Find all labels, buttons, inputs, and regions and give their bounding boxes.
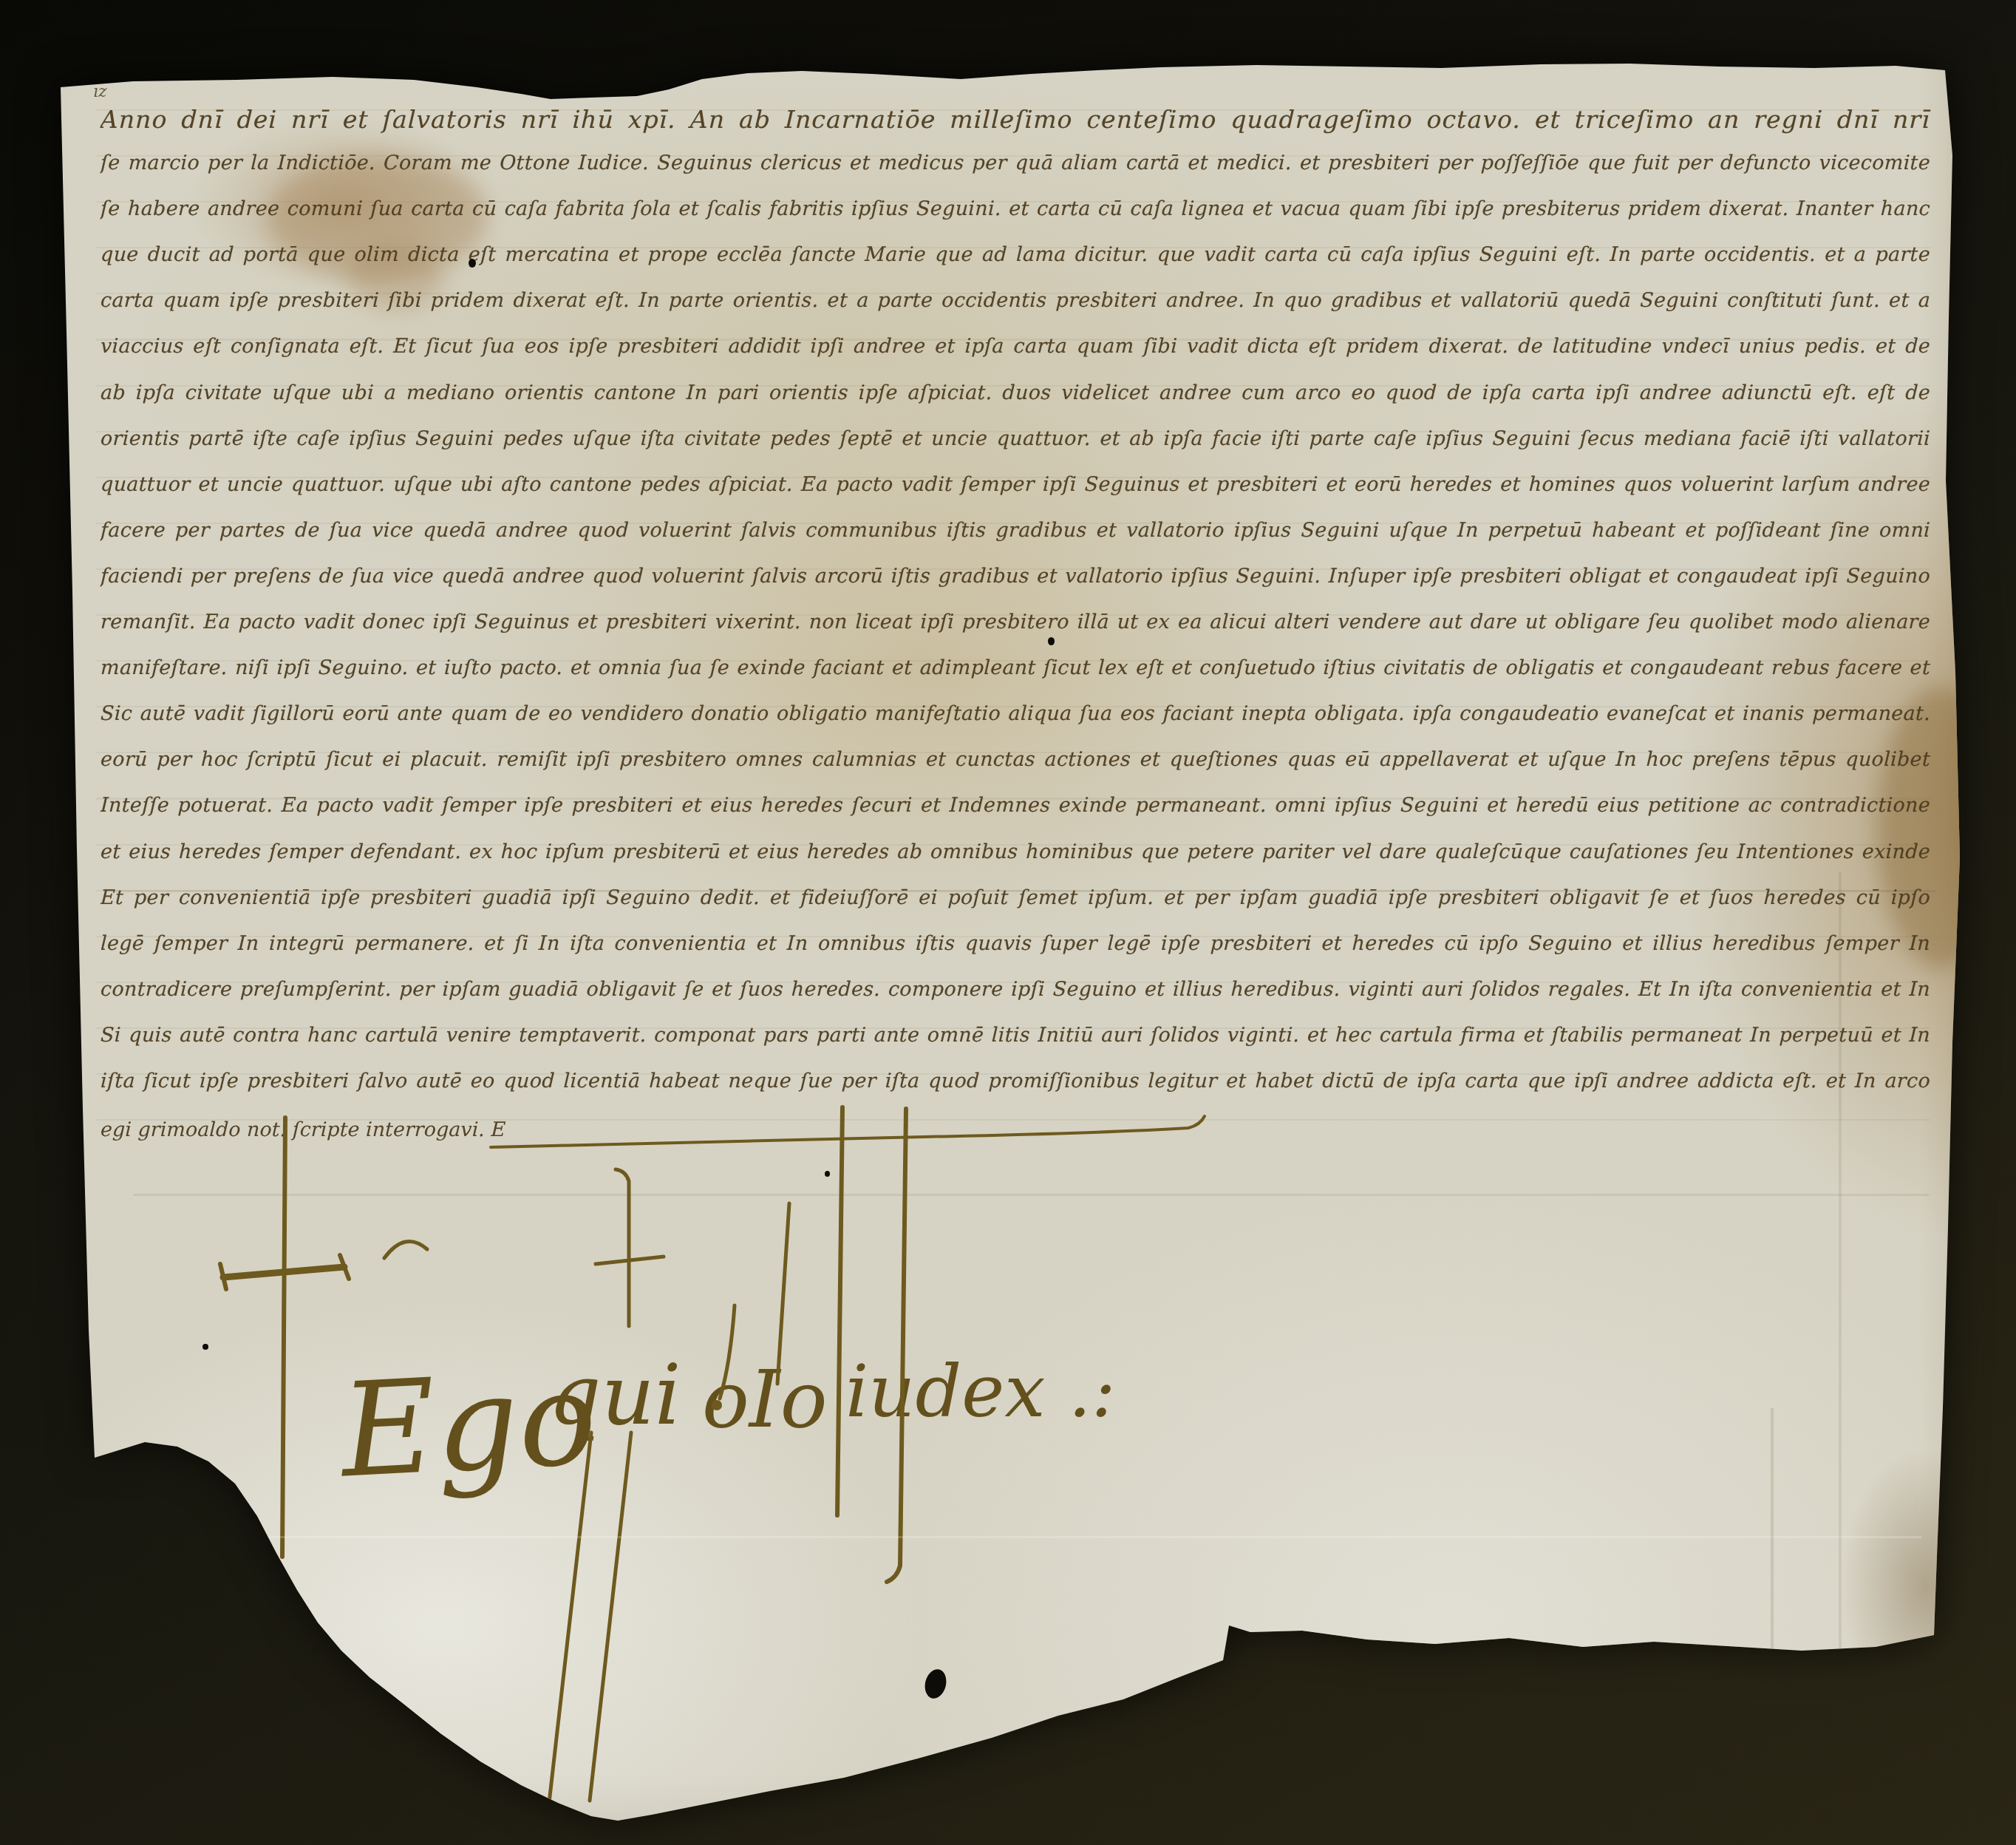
parchment-hole xyxy=(469,259,476,268)
ink-dot xyxy=(712,1400,722,1410)
charter-line: remanſit. Ea pacto vadit donec ipſi Segu… xyxy=(100,601,1931,647)
qui-descender xyxy=(548,1433,591,1810)
signature-qui: qui xyxy=(548,1348,681,1444)
charter-line: orientis partē iſte caſe ipſius Seguini … xyxy=(100,418,1931,463)
oio-upstroke xyxy=(777,1203,789,1384)
qui-descender xyxy=(590,1433,631,1801)
crease-line xyxy=(89,1536,1921,1538)
charter-line: Sic autē vadit ſigillorū eorū ante quam … xyxy=(100,693,1931,738)
charter-line: ſe habere andree comuni ſua carta cū caſ… xyxy=(100,188,1931,234)
charter-line: carta quam ipſe presbiteri ſibi pridem d… xyxy=(100,279,1931,325)
hooked-stroke xyxy=(720,1305,735,1399)
charter-line: viaccius eſt conſignata eſt. Et ſicut ſu… xyxy=(100,325,1931,371)
charter-line: quattuor et uncie quattuor. uſque ubi aſ… xyxy=(100,463,1931,509)
charter-line: et eius heredes ſemper defendant. ex hoc… xyxy=(100,831,1931,877)
charter-line: manifeſtare. niſi ipſi Seguino. et iuſto… xyxy=(100,647,1931,693)
charter-line: iſta ſicut ipſe presbiteri ſalvo autē eo… xyxy=(100,1060,1931,1106)
charter-line: ab ipſa civitate uſque ubi a mediano ori… xyxy=(100,372,1931,418)
parchment-hole xyxy=(202,1344,208,1350)
charter-line: facere per partes de ſua vice quedā andr… xyxy=(100,509,1931,555)
charter-line: Anno dnī dei nrī et ſalvatoris nrī ihū x… xyxy=(100,96,1931,142)
charter-line: contradicere preſumpſerint. per ipſam gu… xyxy=(100,968,1931,1014)
charter-line: Inteſſe potuerat. Ea pacto vadit ſemper … xyxy=(100,784,1931,830)
charter-line: Et per convenientiā ipſe presbiteri guad… xyxy=(100,877,1931,922)
cross-icon xyxy=(223,1267,344,1277)
charter-line: legē ſemper In integrū permanere. et ſi … xyxy=(100,922,1931,968)
qui-cross-mark xyxy=(596,1169,664,1326)
crease-line xyxy=(133,1194,1929,1196)
notary-subscription-line: egi grimoaldo not. ſcripte interrogavi. … xyxy=(100,1109,515,1155)
charter-line: que ducit ad portā que olim dicta eſt me… xyxy=(100,234,1931,279)
charter-line: faciendi per preſens de ſua vice quedā a… xyxy=(100,555,1931,601)
cross-icon xyxy=(220,1255,349,1289)
charter-line: ſe marcio per la Indictiōe. Coram me Ott… xyxy=(100,142,1931,188)
flourish-rule xyxy=(491,1116,1205,1147)
ego-flourish xyxy=(384,1241,427,1258)
signature-iudex: iudex .: xyxy=(845,1350,1116,1434)
parchment-hole xyxy=(825,1171,830,1177)
crease-line xyxy=(1771,1408,1774,1652)
charter-line: Si quis autē contra hanc cartulā venire … xyxy=(100,1014,1931,1060)
charter-text-block: Anno dnī dei nrī et ſalvatoris nrī ihū x… xyxy=(101,96,1930,1106)
cross-icon xyxy=(282,1118,285,1557)
parchment-hole xyxy=(1048,637,1055,645)
signature-oio: oIo xyxy=(702,1354,828,1445)
long-vertical-stroke xyxy=(837,1107,842,1515)
signature-ego: Ego xyxy=(336,1344,600,1507)
long-vertical-stroke xyxy=(887,1109,906,1582)
parchment-shadow-wrap: ız Anno dnī dei nrī et ſalvatoris nrī ih… xyxy=(0,0,2016,1845)
parchment-hole xyxy=(922,1667,950,1701)
charter-line: eorū per hoc ſcriptū ſicut ei placuit. r… xyxy=(100,738,1931,784)
parchment-sheet: ız Anno dnī dei nrī et ſalvatoris nrī ih… xyxy=(0,0,2016,1845)
photo-background: ız Anno dnī dei nrī et ſalvatoris nrī ih… xyxy=(0,0,2016,1845)
